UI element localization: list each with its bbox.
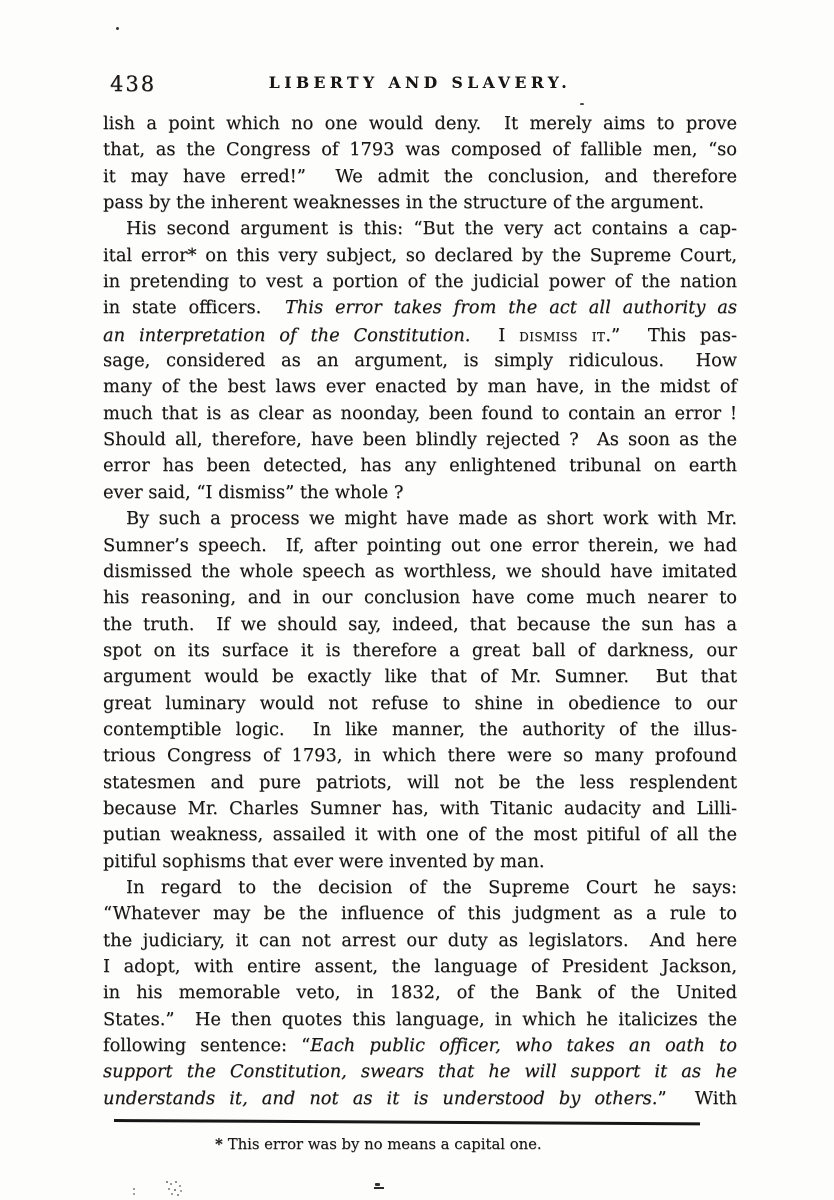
text-line: in his memorable veto, in 1832, of the B…: [103, 980, 737, 1006]
scan-speck-top: [116, 27, 119, 30]
text-line: understands it, and not as it is underst…: [103, 1086, 737, 1112]
text-line: his reasoning, and in our conclusion hav…: [103, 585, 737, 611]
text-line: His second argument is this: “But the ve…: [103, 216, 737, 242]
text-line: contemptible logic. In like manner, the …: [103, 717, 737, 743]
text-line: following sentence: “Each public officer…: [103, 1033, 737, 1059]
text-line: many of the best laws ever enacted by ma…: [103, 374, 737, 400]
text-line: ital error* on this very subject, so dec…: [103, 243, 737, 269]
text-line: in state officers. This error takes from…: [103, 295, 737, 321]
scan-mark-bottom: [374, 1187, 384, 1189]
text-line: because Mr. Charles Sumner has, with Tit…: [103, 796, 737, 822]
text-line: I adopt, with entire assent, the languag…: [103, 954, 737, 980]
text-line: argument would be exactly like that of M…: [103, 664, 737, 690]
scan-speck-mid: [580, 103, 584, 105]
text-line: support the Constitution, swears that he…: [103, 1059, 737, 1085]
text-line: “Whatever may be the influence of this j…: [103, 901, 737, 927]
scan-mark-bottom-blob: [375, 1183, 380, 1186]
running-header: LIBERTY AND SLAVERY.: [103, 73, 737, 92]
text-line: States.” He then quotes this language, i…: [103, 1007, 737, 1033]
text-line: much that is as clear as noonday, been f…: [103, 401, 737, 427]
text-line: sage, considered as an argument, is simp…: [103, 348, 737, 374]
text-line: the truth. If we should say, indeed, tha…: [103, 612, 737, 638]
scan-speckle-cluster: [166, 1181, 168, 1183]
text-line: statesmen and pure patriots, will not be…: [103, 770, 737, 796]
text-line: trious Congress of 1793, in which there …: [103, 743, 737, 769]
footnote: *This error was by no means a capital on…: [215, 1136, 542, 1153]
text-line: error has been detected, has any enlight…: [103, 453, 737, 479]
text-line: it may have erred!” We admit the conclus…: [103, 164, 737, 190]
text-line: ever said, “I dismiss” the whole ?: [103, 480, 737, 506]
text-line: putian weakness, assailed it with one of…: [103, 822, 737, 848]
text-line: In regard to the decision of the Supreme…: [103, 875, 737, 901]
footnote-text: This error was by no means a capital one…: [228, 1136, 542, 1153]
body-text: lish a point which no one would deny. It…: [103, 111, 737, 1112]
text-line: Should all, therefore, have been blindly…: [103, 427, 737, 453]
text-line: in pretending to vest a portion of the j…: [103, 269, 737, 295]
text-line: spot on its surface it is therefore a gr…: [103, 638, 737, 664]
text-line: great luminary would not refuse to shine…: [103, 691, 737, 717]
book-page: 438 LIBERTY AND SLAVERY. lish a point wh…: [0, 0, 834, 1200]
text-line: lish a point which no one would deny. It…: [103, 111, 737, 137]
text-line: dismissed the whole speech as worthless,…: [103, 559, 737, 585]
text-line: Sumner’s speech. If, after pointing out …: [103, 533, 737, 559]
text-line: the judiciary, it can not arrest our dut…: [103, 928, 737, 954]
text-line: pitiful sophisms that ever were invented…: [103, 849, 737, 875]
footnote-divider: [114, 1119, 700, 1125]
text-line: By such a process we might have made as …: [103, 506, 737, 532]
text-line: pass by the inherent weaknesses in the s…: [103, 190, 737, 216]
text-line: an interpretation of the Constitution. I…: [103, 322, 737, 348]
footnote-asterisk: *: [215, 1136, 223, 1153]
text-line: that, as the Congress of 1793 was compos…: [103, 137, 737, 163]
